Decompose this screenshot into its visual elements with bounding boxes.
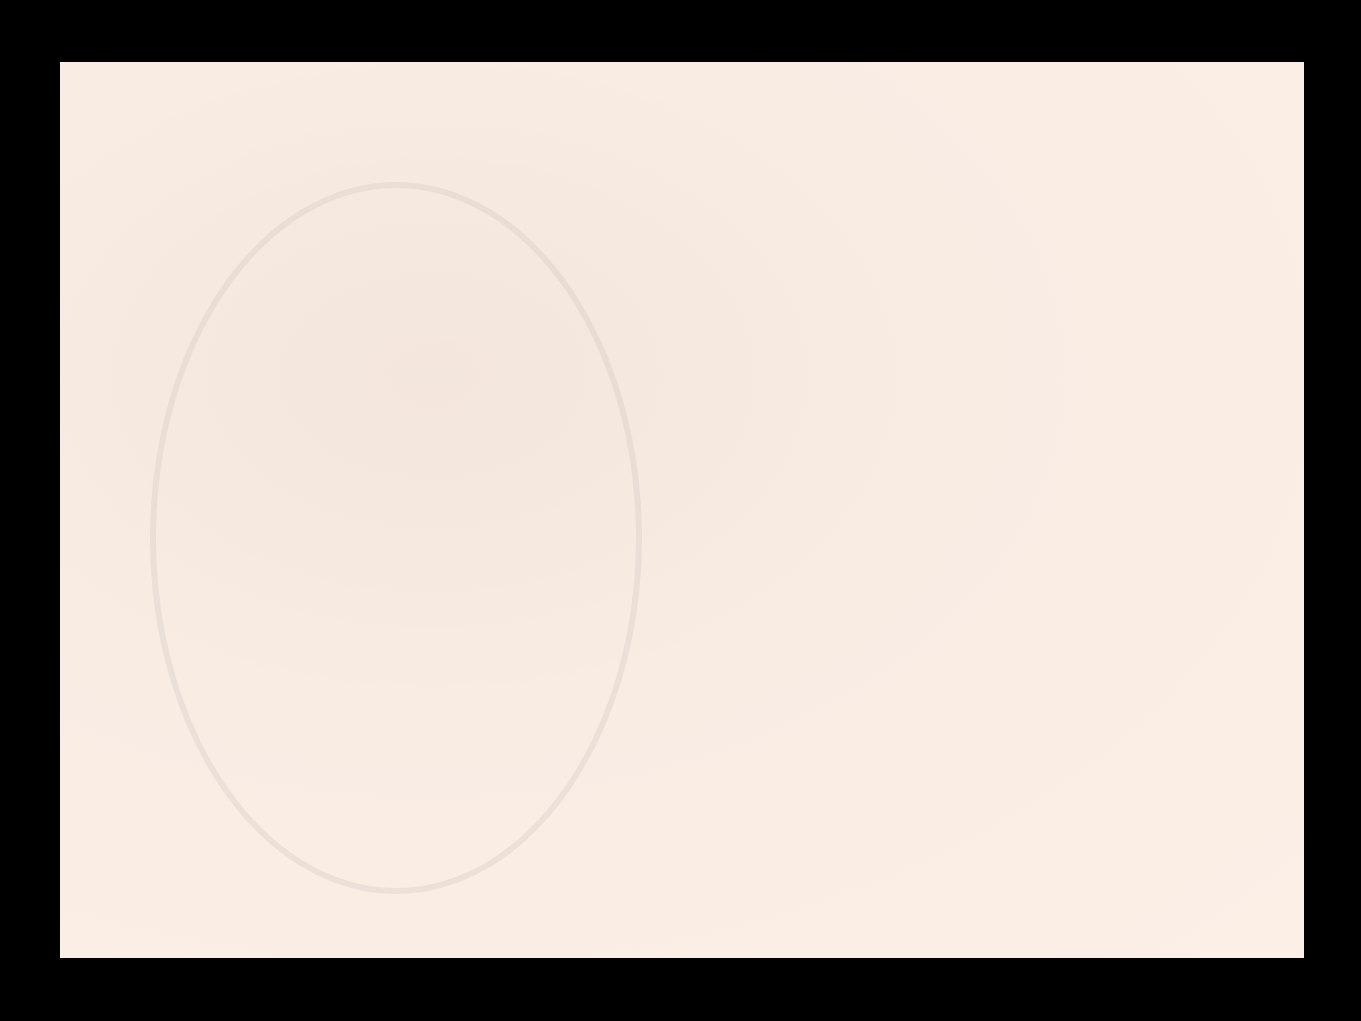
postage-stamp (60, 62, 1304, 958)
postmark-mark (150, 182, 642, 894)
